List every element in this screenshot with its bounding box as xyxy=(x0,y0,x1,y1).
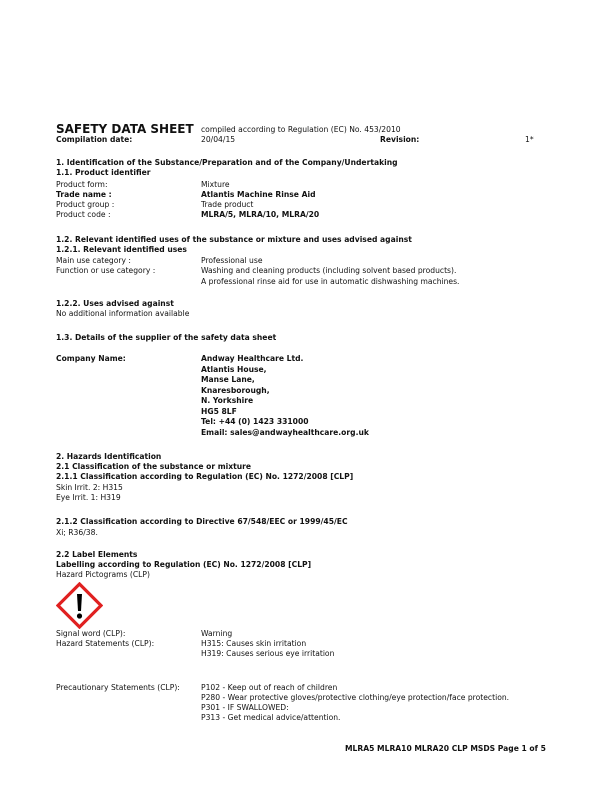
directive-classification: Xi; R36/38. xyxy=(56,528,98,538)
revision-value: 1* xyxy=(525,135,534,145)
revision-label: Revision: xyxy=(380,135,419,145)
labelling-heading: Labelling according to Regulation (EC) N… xyxy=(56,560,311,570)
section-1-2-heading: 1.2. Relevant identified uses of the sub… xyxy=(56,235,412,245)
hazard-statement-1: H315: Causes skin irritation xyxy=(201,639,306,649)
section-2-1-heading: 2.1 Classification of the substance or m… xyxy=(56,462,251,472)
precautionary-statements-label: Precautionary Statements (CLP): xyxy=(56,683,180,693)
page-footer: MLRA5 MLRA10 MLRA20 CLP MSDS Page 1 of 5 xyxy=(345,744,546,754)
function-value-2: A professional rinse aid for use in auto… xyxy=(201,277,459,287)
product-group-value: Trade product xyxy=(201,200,253,210)
compilation-date-value: 20/04/15 xyxy=(201,135,235,145)
company-address-line: N. Yorkshire xyxy=(201,396,253,406)
product-group-label: Product group : xyxy=(56,200,114,210)
signal-word-value: Warning xyxy=(201,629,232,639)
section-1-3-heading: 1.3. Details of the supplier of the safe… xyxy=(56,333,276,343)
function-value-1: Washing and cleaning products (including… xyxy=(201,266,456,276)
company-address-line: Email: sales@andwayhealthcare.org.uk xyxy=(201,428,369,438)
trade-name-value: Atlantis Machine Rinse Aid xyxy=(201,190,316,200)
section-2-2-heading: 2.2 Label Elements xyxy=(56,550,137,560)
classification-line-2: Eye Irrit. 1: H319 xyxy=(56,493,121,503)
company-name-label: Company Name: xyxy=(56,354,126,364)
hazard-pictograms-label: Hazard Pictograms (CLP) xyxy=(56,570,150,580)
hazard-statement-2: H319: Causes serious eye irritation xyxy=(201,649,334,659)
signal-word-label: Signal word (CLP): xyxy=(56,629,125,639)
company-address-line: Manse Lane, xyxy=(201,375,255,385)
precautionary-statement-2: P280 - Wear protective gloves/protective… xyxy=(201,693,509,703)
product-form-label: Product form: xyxy=(56,180,108,190)
company-address-line: Atlantis House, xyxy=(201,365,267,375)
main-use-value: Professional use xyxy=(201,256,263,266)
section-2-heading: 2. Hazards Identification xyxy=(56,452,161,462)
section-2-1-2-heading: 2.1.2 Classification according to Direct… xyxy=(56,517,348,527)
section-1-2-2-heading: 1.2.2. Uses advised against xyxy=(56,299,174,309)
company-address-line: Andway Healthcare Ltd. xyxy=(201,354,303,364)
company-address-line: Tel: +44 (0) 1423 331000 xyxy=(201,417,309,427)
section-2-1-1-heading: 2.1.1 Classification according to Regula… xyxy=(56,472,353,482)
section-1-1-heading: 1.1. Product identifier xyxy=(56,168,150,178)
product-form-value: Mixture xyxy=(201,180,230,190)
trade-name-label: Trade name : xyxy=(56,190,112,200)
hazard-statements-label: Hazard Statements (CLP): xyxy=(56,639,154,649)
section-1-2-1-heading: 1.2.1. Relevant identified uses xyxy=(56,245,187,255)
product-code-label: Product code : xyxy=(56,210,111,220)
regulation-note: compiled according to Regulation (EC) No… xyxy=(201,125,401,135)
precautionary-statement-1: P102 - Keep out of reach of children xyxy=(201,683,337,693)
classification-line-1: Skin Irrit. 2: H315 xyxy=(56,483,123,493)
product-code-value: MLRA/5, MLRA/10, MLRA/20 xyxy=(201,210,319,220)
precautionary-statement-4: P313 - Get medical advice/attention. xyxy=(201,713,340,723)
uses-advised-against-text: No additional information available xyxy=(56,309,189,319)
function-label: Function or use category : xyxy=(56,266,155,276)
company-address-line: HG5 8LF xyxy=(201,407,237,417)
exclamation-mark-diamond-icon xyxy=(56,582,103,629)
compilation-date-label: Compilation date: xyxy=(56,135,132,145)
main-use-label: Main use category : xyxy=(56,256,131,266)
section-1-heading: 1. Identification of the Substance/Prepa… xyxy=(56,158,398,168)
precautionary-statement-3: P301 - IF SWALLOWED: xyxy=(201,703,289,713)
company-address-line: Knaresborough, xyxy=(201,386,270,396)
